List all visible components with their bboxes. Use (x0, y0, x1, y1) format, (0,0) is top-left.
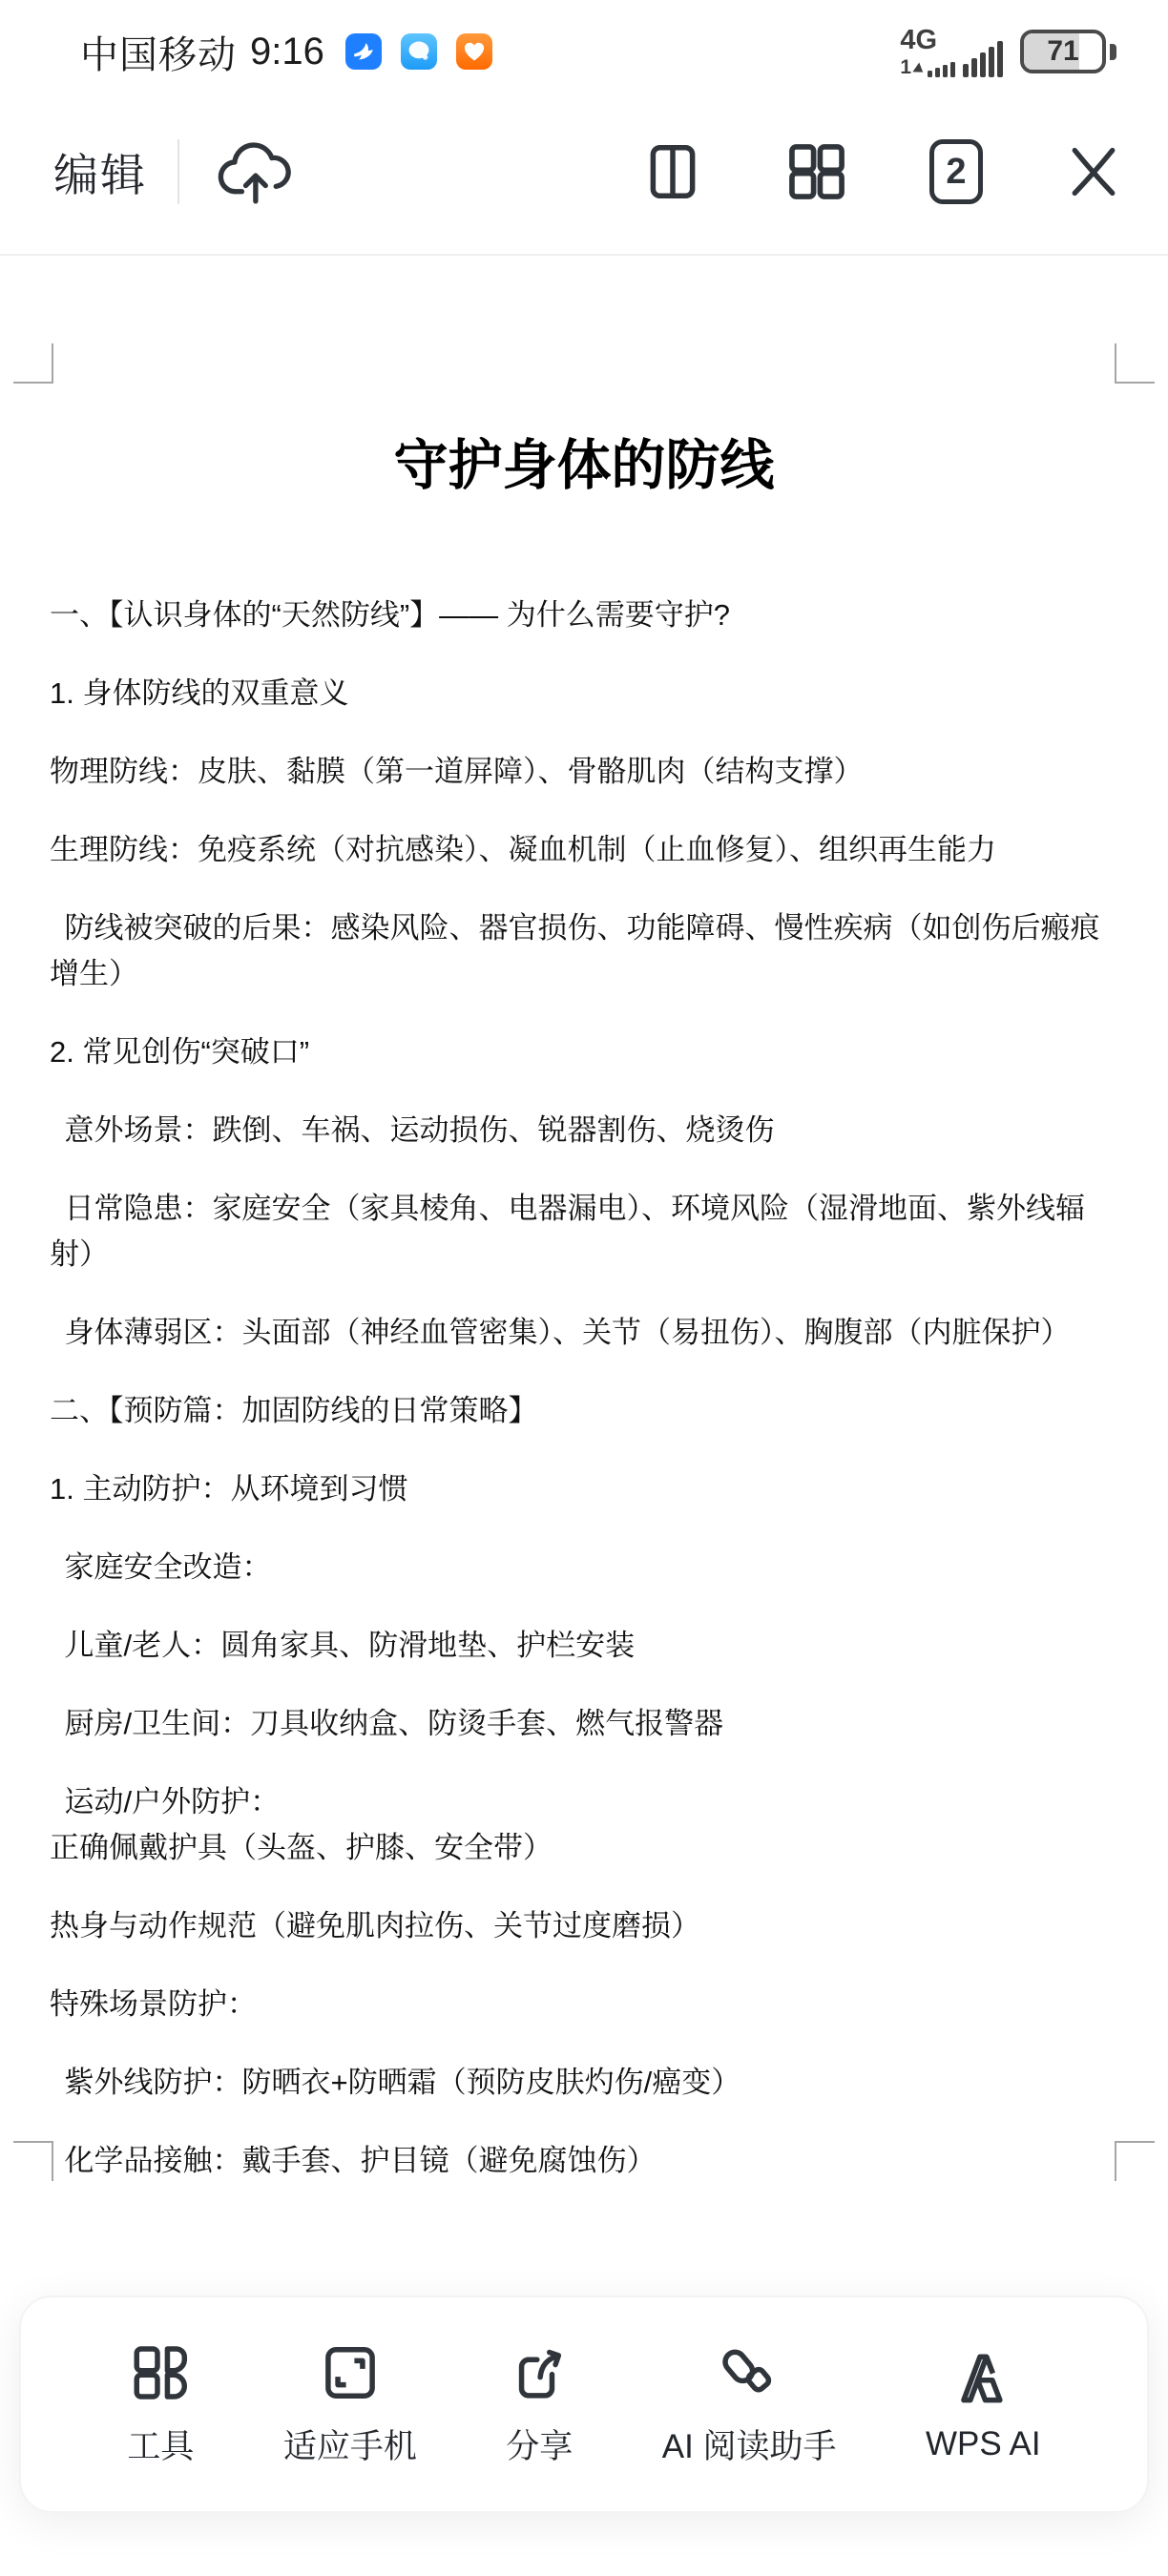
battery-body: 71 (1020, 30, 1106, 73)
tools-label: 工具 (127, 2420, 194, 2468)
document-paragraph: 二、【预防篇：加固防线的日常策略】 (50, 1388, 1126, 1434)
edit-button[interactable]: 编辑 (53, 140, 147, 204)
status-bar: 中国移动 9:16 4G 1 (0, 0, 1168, 90)
wps-mobile-screen: 中国移动 9:16 4G 1 (0, 0, 1168, 2576)
page-corner-mark-top-right (1115, 343, 1155, 384)
signal-bars-icon (963, 41, 1003, 77)
split-view-button[interactable] (641, 138, 704, 205)
page-corner-mark-bottom-left (13, 2141, 53, 2181)
wps-ai-button[interactable]: WPS AI (926, 2345, 1041, 2463)
document-paragraph: 生理防线：免疫系统（对抗感染）、凝血机制（止血修复）、组织再生能力 (50, 827, 1126, 873)
ai-reader-icon (718, 2340, 781, 2405)
battery-percent-label: 71 (1024, 33, 1102, 70)
battery-nub (1110, 44, 1116, 60)
document-page[interactable]: 守护身体的防线 一、【认识身体的“天然防线”】—— 为什么需要守护?1. 身体防… (0, 256, 1168, 2576)
fit-phone-button[interactable]: 适应手机 (283, 2340, 417, 2468)
ai-reader-label: AI 阅读助手 (662, 2420, 837, 2468)
document-paragraph: 厨房/卫生间：刀具收纳盒、防烫手套、燃气报警器 (50, 1701, 1126, 1747)
sim-arrow-icon (912, 62, 926, 76)
cellular-signal: 4G 1 (900, 27, 1003, 77)
document-paragraph: 紫外线防护：防晒衣+防晒霜（预防皮肤灼伤/癌变） (50, 2060, 1126, 2106)
document-paragraph: 2. 常见创伤“突破口” (50, 1029, 1126, 1075)
document-paragraph: 儿童/老人：圆角家具、防滑地垫、护栏安装 (50, 1623, 1126, 1669)
fit-phone-icon (319, 2340, 382, 2405)
bottom-action-bar: 工具 适应手机 AI 阅读助手 分享 AI 阅读助手 (19, 2296, 1149, 2513)
carrier-label: 中国移动 (80, 25, 237, 79)
health-icon (456, 33, 492, 70)
wps-ai-label: WPS AI (926, 2425, 1041, 2463)
page-corner-mark-top-left (13, 343, 53, 384)
share-icon (508, 2340, 571, 2405)
toolbar-divider (177, 139, 179, 204)
document-paragraph: 1. 主动防护：从环境到习惯 (50, 1466, 1126, 1512)
document-title: 守护身体的防线 (0, 256, 1168, 497)
notification-icons (345, 33, 492, 70)
document-paragraph: 1. 身体防线的双重意义 (50, 671, 1126, 717)
document-paragraph: 日常隐患：家庭安全（家具棱角、电器漏电）、环境风险（湿滑地面、紫外线辐射） (50, 1186, 1126, 1278)
document-paragraph: 防线被突破的后果：感染风险、器官损伤、功能障碍、慢性疾病（如创伤后瘢痕增生） (50, 905, 1126, 997)
ai-reader-button[interactable]: AI 阅读助手 (662, 2340, 837, 2468)
share-label: 分享 (506, 2420, 573, 2468)
sim2-signal-bars-icon (928, 62, 955, 77)
document-paragraph: 身体薄弱区：头面部（神经血管密集）、关节（易扭伤）、胸腹部（内脏保护） (50, 1310, 1126, 1356)
status-time: 9:16 (250, 31, 324, 73)
document-paragraph: 热身与动作规范（避免肌肉拉伤、关节过度磨损） (50, 1903, 1126, 1949)
tools-button[interactable]: 工具 (127, 2340, 194, 2468)
components-grid-button[interactable] (784, 139, 849, 204)
network-type-label: 4G (900, 27, 937, 54)
document-body: 一、【认识身体的“天然防线”】—— 为什么需要守护?1. 身体防线的双重意义物理… (50, 592, 1126, 2184)
top-toolbar: 编辑 (0, 90, 1168, 254)
document-paragraph: 家庭安全改造： (50, 1545, 1126, 1590)
dingtalk-icon (345, 33, 382, 70)
tab-count-label: 2 (946, 152, 966, 193)
document-paragraph: 意外场景：跌倒、车祸、运动损伤、锐器割伤、烧烫伤 (50, 1108, 1126, 1153)
tools-grid-icon (129, 2340, 192, 2405)
document-paragraph: 特殊场景防护： (50, 1982, 1126, 2027)
document-paragraph: 运动/户外防护： 正确佩戴护具（头盔、护膝、安全带） (50, 1779, 1126, 1871)
cloud-upload-button[interactable] (212, 135, 296, 208)
page-corner-mark-bottom-right (1115, 2141, 1155, 2181)
battery-indicator: 71 (1020, 30, 1116, 73)
messages-icon (401, 33, 437, 70)
tab-counter-button[interactable]: 2 (929, 139, 983, 204)
document-paragraph: 一、【认识身体的“天然防线”】—— 为什么需要守护? (50, 592, 1126, 638)
close-button[interactable] (1063, 138, 1124, 205)
document-paragraph: 化学品接触：戴手套、护目镜（避免腐蚀伤） (50, 2138, 1126, 2184)
wps-ai-icon (951, 2345, 1014, 2410)
fit-phone-label: 适应手机 (283, 2420, 417, 2468)
document-paragraph: 物理防线：皮肤、黏膜（第一道屏障）、骨骼肌肉（结构支撑） (50, 749, 1126, 795)
sim-indicator: 1 (900, 57, 911, 77)
share-button[interactable]: AI 阅读助手 分享 (506, 2340, 573, 2468)
